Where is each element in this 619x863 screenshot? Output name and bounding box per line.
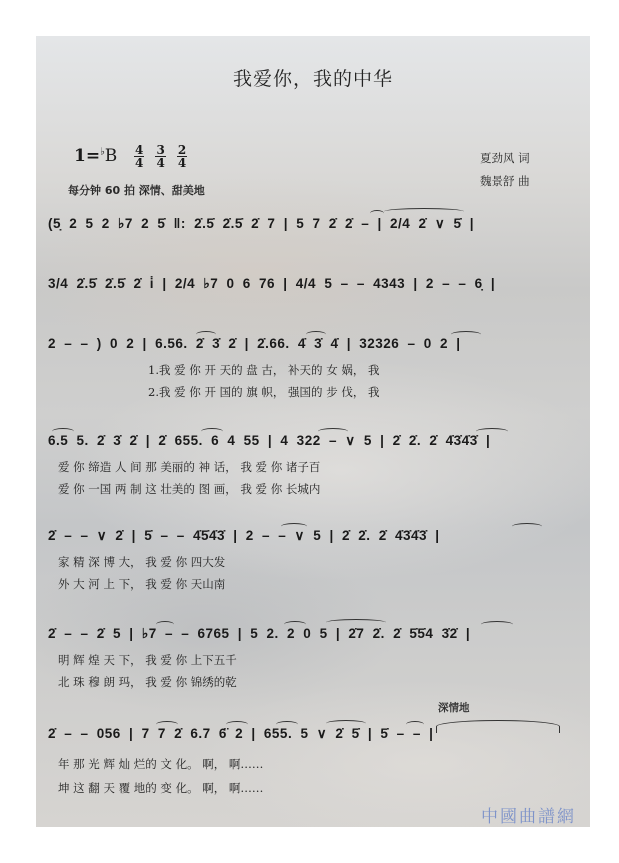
phrase-slur	[436, 720, 560, 733]
slur-mark	[201, 428, 223, 435]
lyrics-verse-2: 外 大 河 上 下， 我 爱 你 天山南	[58, 576, 225, 592]
notation-line: 3/4 2̇.5̇ 2̇.5̇ 2̇ i̇ | 2/4 ♭7 0 6 76 | …	[48, 276, 495, 292]
lyrics-verse-2: 坤 这 翻 天 覆 地的 变 化。 啊， 啊……	[58, 780, 263, 796]
slur-mark	[156, 721, 178, 728]
notation-line: 6.5 5. 2̇ 3̇ 2̇ | 2̇ 655. 6 4 55 | 4 322…	[48, 433, 490, 449]
lyrics-verse-1: 年 那 光 辉 灿 烂的 文 化。 啊， 啊……	[58, 756, 263, 772]
slur-mark	[226, 721, 248, 728]
time-signature-2-4: 24	[177, 144, 187, 169]
lyrics-verse-2: 2.我 爱 你 开 国的 旗 帜， 强国的 步 伐， 我	[148, 384, 380, 400]
slur-mark	[281, 523, 307, 530]
time-signature-3-4: 34	[155, 144, 165, 169]
slur-mark	[156, 621, 174, 628]
time-signature-4-4: 44	[134, 144, 144, 169]
lyrics-verse-1: 爱 你 缔造 人 间 那 美丽的 神 话， 我 爱 你 诸子百	[58, 459, 320, 475]
slur-mark	[384, 208, 464, 215]
composer-credit: 魏景舒 曲	[480, 173, 530, 189]
time-signatures: 44 34 24	[131, 144, 190, 169]
notation-line: 2̇ – – 2̇ 5 | ♭7 – – 6765 | 5 2. 2 0 5 |…	[48, 626, 470, 642]
slur-mark	[318, 428, 348, 435]
tempo-marking: 每分钟 60 拍 深情、甜美地	[68, 182, 205, 198]
slur-mark	[451, 331, 481, 338]
tie-mark	[476, 428, 508, 435]
slur-mark	[196, 331, 216, 338]
slur-mark	[326, 619, 386, 626]
slur-mark	[481, 621, 513, 628]
slur-mark	[306, 331, 326, 338]
tie-mark	[370, 210, 384, 217]
expression-mark: 深情地	[438, 700, 470, 715]
tie-mark	[512, 523, 542, 530]
key-label: 1=	[74, 146, 100, 166]
lyrics-verse-2: 爱 你 一国 两 制 这 壮美的 图 画， 我 爱 你 长城内	[58, 481, 320, 497]
notation-line: 2̇ – – ∨ 2̇ | 5̇ – – 4̇5̇4̇3̇ | 2 – – ∨ …	[48, 528, 440, 544]
slur-mark	[284, 621, 306, 628]
slur-mark	[52, 428, 74, 435]
sheet-music-page: 我爱你，我的中华 1=♭B 44 34 24 每分钟 60 拍 深情、甜美地 夏…	[36, 36, 590, 827]
lyrics-verse-1: 1.我 爱 你 开 天的 盘 古， 补天的 女 娲， 我	[148, 362, 380, 378]
lyrics-verse-1: 家 精 深 博 大， 我 爱 你 四大发	[58, 554, 225, 570]
watermark-logo: 中國曲譜網	[481, 802, 576, 827]
key-signature: 1=♭B	[74, 146, 117, 166]
slur-mark	[276, 721, 298, 728]
slur-mark	[406, 721, 424, 728]
slur-mark	[326, 720, 366, 727]
lyrics-verse-2: 北 珠 穆 朗 玛， 我 爱 你 锦绣的乾	[58, 674, 237, 690]
notation-line: 2 – – ) 0 2 | 6.56. 2̇ 3̇ 2̇ | 2̇.66. 4̇…	[48, 336, 461, 351]
key-note: B	[105, 146, 118, 166]
lyrics-verse-1: 明 辉 煌 天 下， 我 爱 你 上下五千	[58, 652, 237, 668]
notation-line: (5̣ 2 5 2 ♭7 2 5̇ ‖: 2̇.5̇ 2̇.5̇ 2̇ 7 | …	[48, 216, 474, 232]
lyricist-credit: 夏劲风 词	[480, 150, 530, 166]
song-title: 我爱你，我的中华	[36, 64, 590, 91]
notation-line: 2̇ – – 056 | 7 7 2̇ 6.7 6̈ 2 | 655. 5 ∨ …	[48, 726, 433, 742]
